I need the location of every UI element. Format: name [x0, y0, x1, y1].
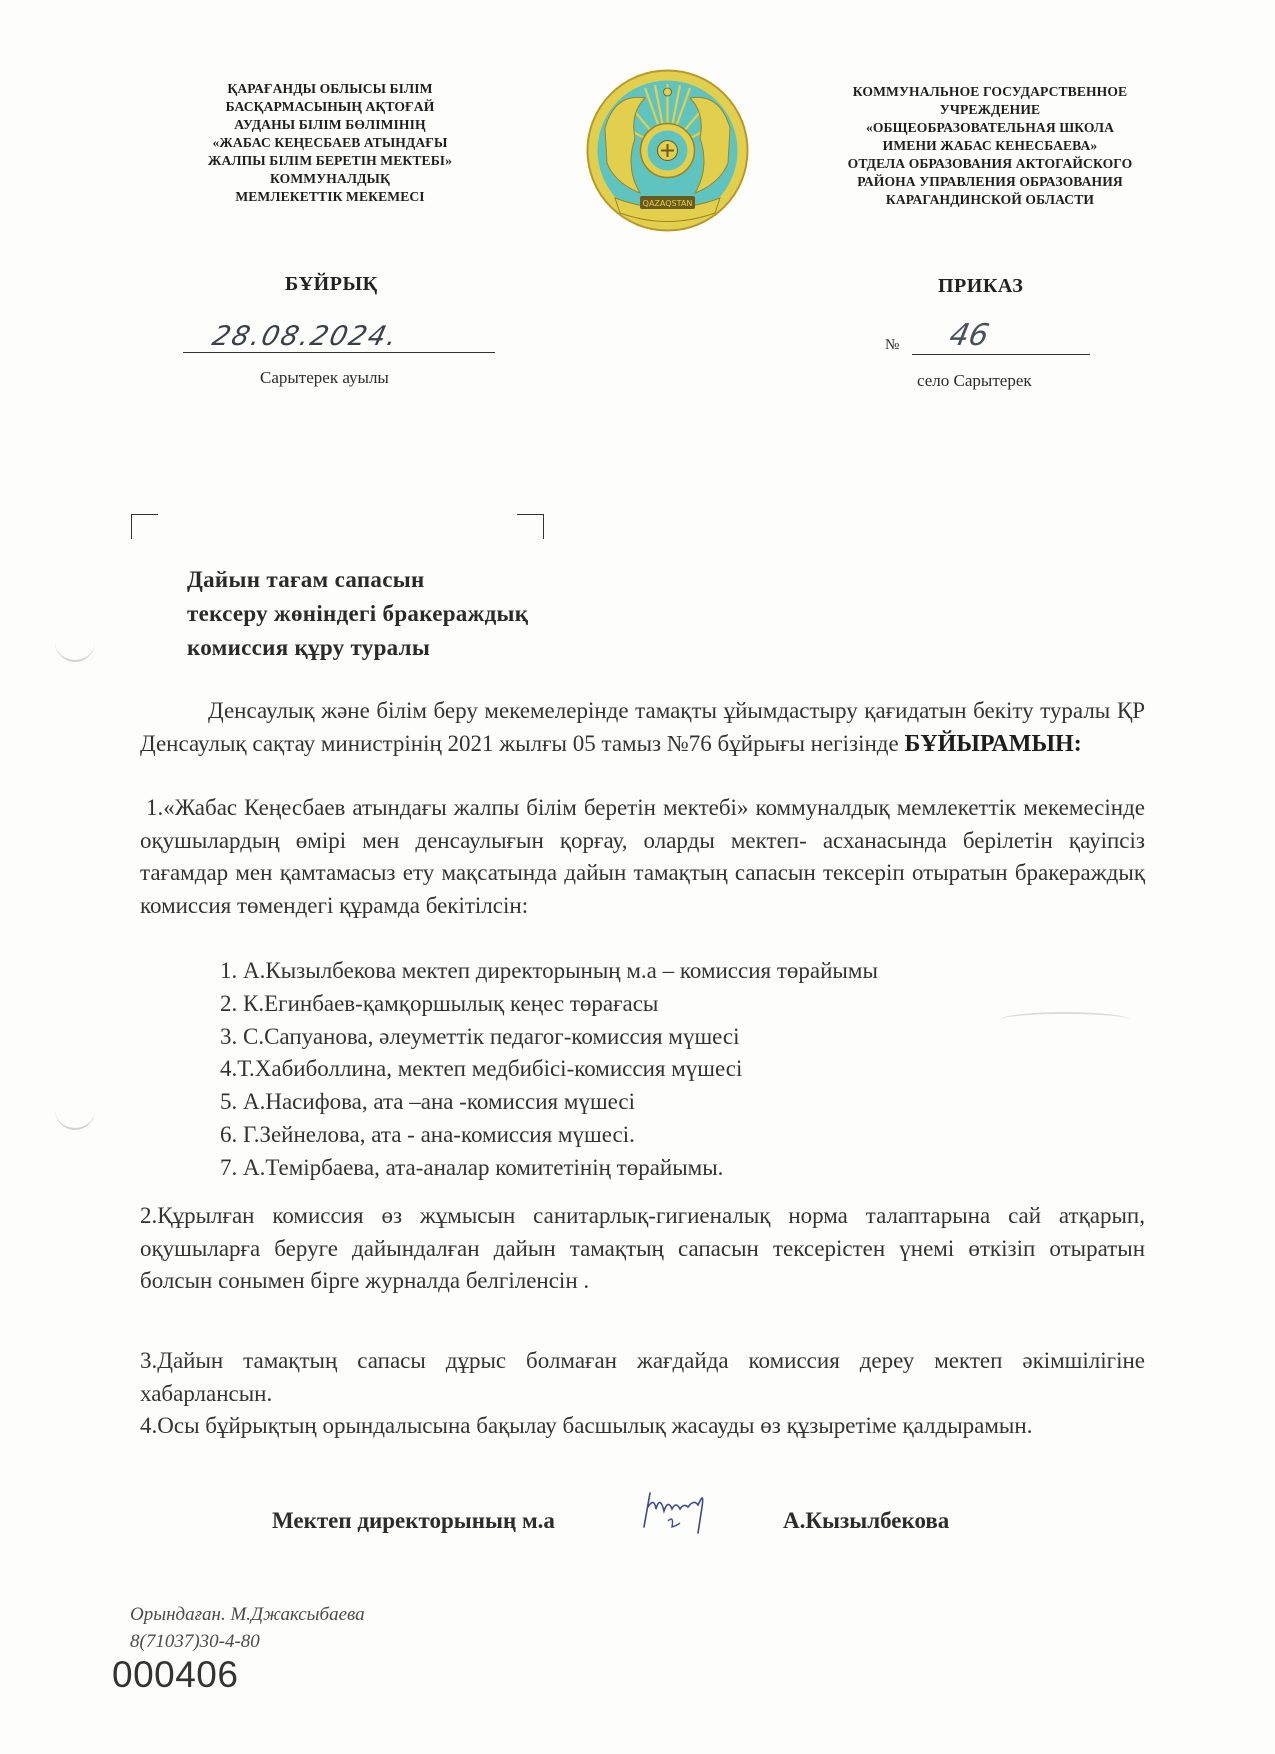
place-ru: село Сарытерек	[917, 371, 1032, 391]
clause-4: 4.Осы бұйрықтың орындалысына бақылау бас…	[140, 1410, 1145, 1443]
order-number: 46	[946, 318, 992, 353]
order-date: 28.08.2024.	[209, 321, 402, 352]
signatory-name: А.Кызылбекова	[783, 1508, 949, 1534]
order-type-ru: ПРИКАЗ	[938, 275, 1023, 298]
date-underline	[183, 352, 495, 353]
member-item: 1. А.Кызылбекова мектеп директорының м.а…	[220, 955, 878, 988]
member-item: 4.Т.Хабиболлина, мектеп медбибісі-комисс…	[220, 1053, 878, 1086]
org-header-kz-line: ҚАРАҒАНДЫ ОБЛЫСЫ БІЛІМ	[185, 80, 475, 98]
kazakhstan-emblem-icon: QAZAQSTAN	[585, 68, 750, 233]
place-kz: Сарытерек ауылы	[260, 368, 389, 388]
signature-icon	[638, 1487, 718, 1537]
org-header-ru-line: ОТДЕЛА ОБРАЗОВАНИЯ АКТОГАЙСКОГО	[820, 155, 1160, 173]
org-header-ru-line: КАРАГАНДИНСКОЙ ОБЛАСТИ	[820, 191, 1160, 209]
org-header-kz-line: ЖАЛПЫ БІЛІМ БЕРЕТІН МЕКТЕБІ»	[185, 152, 475, 170]
clause-2: 2.Құрылған комиссия өз жұмысын санитарлы…	[140, 1200, 1145, 1298]
order-keyword: БҰЙЫРАМЫН:	[904, 731, 1081, 757]
member-item: 5. А.Насифова, ата –ана -комиссия мүшесі	[220, 1086, 878, 1119]
svg-text:QAZAQSTAN: QAZAQSTAN	[643, 199, 693, 208]
org-header-kz: ҚАРАҒАНДЫ ОБЛЫСЫ БІЛІМ БАСҚАРМАСЫНЫҢ АҚТ…	[185, 80, 475, 206]
registration-number: 000406	[112, 1654, 238, 1696]
member-item: 6. Г.Зейнелова, ата - ана-комиссия мүшес…	[220, 1119, 878, 1152]
org-header-kz-line: АУДАНЫ БІЛІМ БӨЛІМІНІҢ	[185, 116, 475, 134]
subject-corner-mark-right	[517, 514, 544, 539]
number-underline	[912, 354, 1090, 355]
org-header-kz-line: МЕМЛЕКЕТТІК МЕКЕМЕСІ	[185, 188, 475, 206]
subject-corner-mark-left	[131, 514, 158, 539]
member-item: 2. К.Егинбаев-қамқоршылық кеңес төрағасы	[220, 988, 878, 1021]
org-header-ru-line: УЧРЕЖДЕНИЕ	[820, 101, 1160, 119]
clause-3: 3.Дайын тамақтың сапасы дұрыс болмаған ж…	[140, 1345, 1145, 1410]
executor-info: Орындаған. М.Джаксыбаева 8(71037)30-4-80	[130, 1601, 365, 1655]
number-sign: №	[885, 337, 899, 354]
org-header-kz-line: «ЖАБАС КЕҢЕСБАЕВ АТЫНДАҒЫ	[185, 134, 475, 152]
org-header-ru-line: ИМЕНИ ЖАБАС КЕНЕСБАЕВА»	[820, 137, 1160, 155]
subject-line: тексеру жөніндегі бракераждық	[187, 597, 528, 631]
executor-phone: 8(71037)30-4-80	[130, 1628, 365, 1655]
executor-name: Орындаған. М.Джаксыбаева	[130, 1601, 365, 1628]
commission-member-list: 1. А.Кызылбекова мектеп директорының м.а…	[220, 955, 878, 1185]
subject-line: Дайын тағам сапасын	[187, 563, 528, 597]
signatory-position: Мектеп директорының м.а	[272, 1508, 555, 1534]
org-header-ru-line: РАЙОНА УПРАВЛЕНИЯ ОБРАЗОВАНИЯ	[820, 173, 1160, 191]
org-header-ru-line: «ОБЩЕОБРАЗОВАТЕЛЬНАЯ ШКОЛА	[820, 119, 1160, 137]
subject-line: комиссия құру туралы	[187, 631, 528, 665]
member-item: 7. А.Темірбаева, ата-аналар комитетінің …	[220, 1152, 878, 1185]
clause-1: 1.«Жабас Кеңесбаев атындағы жалпы білім …	[140, 792, 1145, 922]
org-header-kz-line: БАСҚАРМАСЫНЫҢ АҚТОҒАЙ	[185, 98, 475, 116]
order-subject: Дайын тағам сапасын тексеру жөніндегі бр…	[187, 563, 528, 665]
intro-paragraph: Денсаулық және білім беру мекемелерінде …	[140, 695, 1145, 760]
org-header-kz-line: КОММУНАЛДЫҚ	[185, 170, 475, 188]
scan-smudge	[1000, 1012, 1130, 1028]
member-item: 3. С.Сапуанова, әлеуметтік педагог-комис…	[220, 1021, 878, 1054]
org-header-ru: КОММУНАЛЬНОЕ ГОСУДАРСТВЕННОЕ УЧРЕЖДЕНИЕ …	[820, 83, 1160, 209]
punch-hole-mark	[55, 622, 95, 662]
order-type-kz: БҰЙРЫҚ	[285, 273, 378, 296]
org-header-ru-line: КОММУНАЛЬНОЕ ГОСУДАРСТВЕННОЕ	[820, 83, 1160, 101]
punch-hole-mark	[55, 1090, 95, 1130]
